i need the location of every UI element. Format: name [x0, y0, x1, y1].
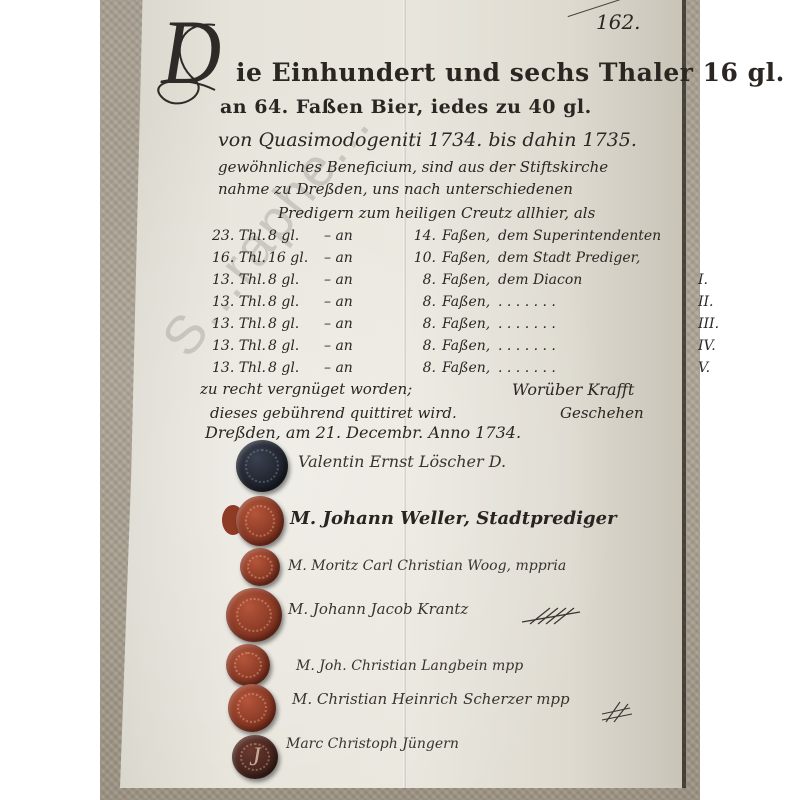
barrel-unit: Faßen,: [442, 294, 498, 310]
groschen-amount: 8 gl.: [268, 228, 324, 244]
roman-numeral: V.: [698, 360, 728, 376]
entry-row: 13. Thl. 8 gl. – an 8. Faßen, . . . . . …: [212, 338, 728, 354]
barrel-unit: Faßen,: [442, 360, 498, 376]
wax-seal-red: [226, 644, 270, 686]
barrel-count: 8.: [376, 272, 442, 288]
groschen-amount: 8 gl.: [268, 360, 324, 376]
wax-seal-monogram: J: [232, 735, 278, 779]
barrel-unit: Faßen,: [442, 228, 498, 244]
roman-numeral: II.: [698, 294, 728, 310]
wax-seal-red: [240, 548, 280, 586]
thaler-unit: Thl.: [239, 338, 266, 354]
roman-numeral: I.: [698, 272, 728, 288]
signature-6: M. Christian Heinrich Scherzer mpp: [292, 690, 570, 708]
wax-seal-red: [236, 496, 284, 546]
thaler-value: 16.: [212, 250, 234, 266]
recipient: . . . . . . .: [498, 294, 698, 310]
closing-line-2-right: Geschehen: [560, 404, 644, 422]
entry-row: 13. Thl. 8 gl. – an 8. Faßen, dem Diacon…: [212, 272, 728, 288]
entry-connector: – an: [324, 250, 376, 266]
closing-line-1: zu recht vergnüget worden;: [200, 380, 412, 398]
recipient: dem Superintendenten: [498, 228, 698, 244]
thaler-value: 13.: [212, 316, 234, 332]
heading-line-1: ie Einhundert und sechs Thaler 16 gl.: [236, 58, 785, 87]
thaler-unit: Thl.: [239, 294, 266, 310]
barrel-count: 8.: [376, 316, 442, 332]
signature-1: Valentin Ernst Löscher D.: [298, 452, 506, 471]
recipient: . . . . . . .: [498, 338, 698, 354]
signature-3: M. Moritz Carl Christian Woog, mppria: [288, 558, 566, 574]
heading-line-5: nahme zu Dreßden, uns nach unterschieden…: [218, 180, 573, 198]
barrel-count: 8.: [376, 338, 442, 354]
entry-row: 13. Thl. 8 gl. – an 8. Faßen, . . . . . …: [212, 294, 728, 310]
thaler-amount: 23. Thl.: [212, 228, 268, 244]
paper-right-edge-shadow: [682, 0, 686, 788]
groschen-amount: 8 gl.: [268, 272, 324, 288]
closing-line-1-right: Worüber Krafft: [512, 380, 634, 399]
roman-numeral: III.: [698, 316, 728, 332]
entry-row: 23. Thl. 8 gl. – an 14. Faßen, dem Super…: [212, 228, 728, 244]
recipient: . . . . . . .: [498, 316, 698, 332]
entry-connector: – an: [324, 316, 376, 332]
barrel-count: 10.: [376, 250, 442, 266]
barrel-unit: Faßen,: [442, 250, 498, 266]
entry-connector: – an: [324, 228, 376, 244]
entry-connector: – an: [324, 294, 376, 310]
heading-line-2: an 64. Faßen Bier, iedes zu 40 gl.: [220, 96, 592, 118]
entry-row: 13. Thl. 8 gl. – an 8. Faßen, . . . . . …: [212, 360, 728, 376]
thaler-value: 23.: [212, 228, 234, 244]
heading-line-6: Predigern zum heiligen Creutz allhier, a…: [278, 204, 595, 222]
wax-seal-black: [236, 440, 288, 492]
monogram-j-icon: J: [232, 735, 278, 779]
roman-numeral: [698, 228, 728, 244]
groschen-amount: 16 gl.: [268, 250, 324, 266]
barrel-count: 8.: [376, 360, 442, 376]
entry-connector: – an: [324, 360, 376, 376]
signature-paraph-icon: [600, 700, 634, 726]
barrel-unit: Faßen,: [442, 316, 498, 332]
folio-number: 162.: [596, 10, 641, 34]
signature-4: M. Johann Jacob Krantz: [288, 600, 468, 618]
wax-seal-red: [228, 684, 276, 732]
signature-7: Marc Christoph Jüngern: [286, 736, 459, 752]
date-line: Dreßden, am 21. Decembr. Anno 1734.: [205, 423, 521, 442]
barrel-count: 14.: [376, 228, 442, 244]
heading-line-3: von Quasimodogeniti 1734. bis dahin 1735…: [218, 129, 637, 151]
wax-seal-red: [226, 588, 282, 642]
groschen-amount: 8 gl.: [268, 338, 324, 354]
thaler-value: 13.: [212, 338, 234, 354]
thaler-value: 13.: [212, 294, 234, 310]
groschen-amount: 8 gl.: [268, 294, 324, 310]
signature-5: M. Joh. Christian Langbein mpp: [296, 658, 523, 674]
thaler-value: 13.: [212, 360, 234, 376]
barrel-unit: Faßen,: [442, 338, 498, 354]
entry-row: 16. Thl. 16 gl. – an 10. Faßen, dem Stad…: [212, 250, 728, 266]
roman-numeral: IV.: [698, 338, 728, 354]
thaler-unit: Thl.: [239, 272, 266, 288]
recipient: dem Diacon: [498, 272, 698, 288]
thaler-unit: Thl.: [239, 316, 266, 332]
thaler-value: 13.: [212, 272, 234, 288]
recipient: . . . . . . .: [498, 360, 698, 376]
groschen-amount: 8 gl.: [268, 316, 324, 332]
entry-row: 13. Thl. 8 gl. – an 8. Faßen, . . . . . …: [212, 316, 728, 332]
thaler-unit: Thl.: [239, 250, 266, 266]
thaler-unit: Thl.: [239, 228, 266, 244]
closing-line-2: dieses gebührend quittiret wird.: [210, 404, 457, 422]
roman-numeral: [698, 250, 728, 266]
thaler-unit: Thl.: [239, 360, 266, 376]
entry-connector: – an: [324, 272, 376, 288]
signature-paraph-icon: [520, 604, 590, 628]
recipient: dem Stadt Prediger,: [498, 250, 698, 266]
heading-line-4: gewöhnliches Beneficium, sind aus der St…: [218, 158, 608, 176]
entry-connector: – an: [324, 338, 376, 354]
barrel-count: 8.: [376, 294, 442, 310]
signature-2: M. Johann Weller, Stadtprediger: [290, 508, 617, 529]
barrel-unit: Faßen,: [442, 272, 498, 288]
